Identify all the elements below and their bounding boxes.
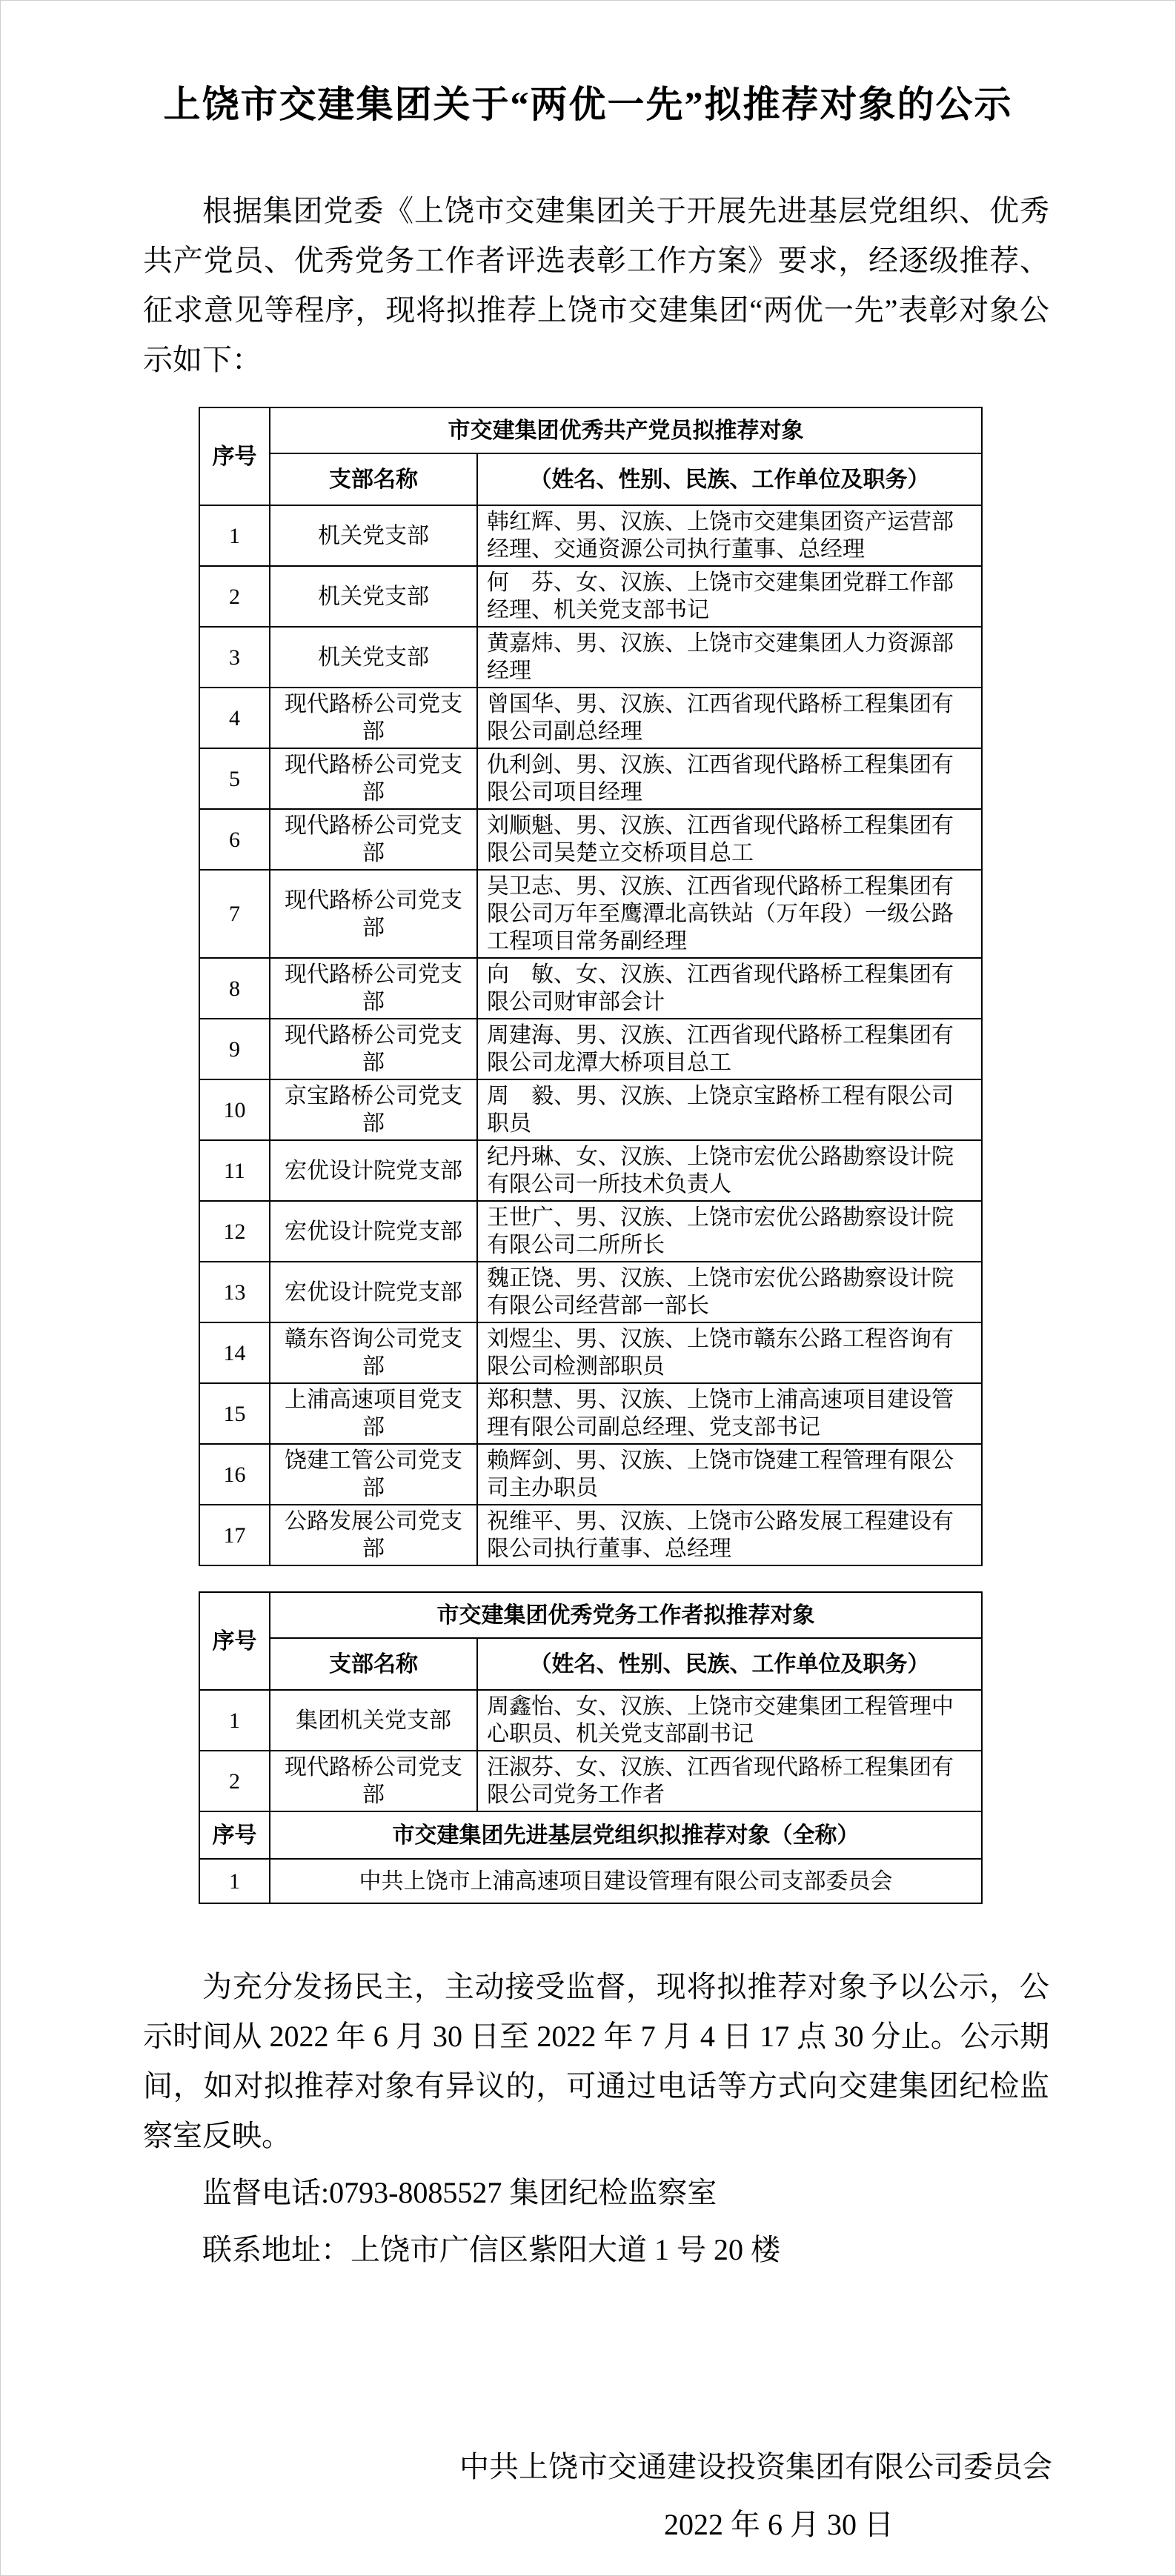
cell-person: 郑积慧、男、汉族、上饶市上浦高速项目建设管理有限公司副总经理、党支部书记 xyxy=(477,1383,982,1444)
cell-seq: 7 xyxy=(199,870,270,958)
table-row: 5 现代路桥公司党支部 仇利剑、男、汉族、江西省现代路桥工程集团有限公司项目经理 xyxy=(199,748,982,809)
cell-branch: 机关党支部 xyxy=(270,505,477,566)
table-header-row: 序号 市交建集团优秀党务工作者拟推荐对象 xyxy=(199,1592,982,1638)
cell-seq: 6 xyxy=(199,809,270,870)
cell-person: 刘顺魁、男、汉族、江西省现代路桥工程集团有限公司吴楚立交桥项目总工 xyxy=(477,809,982,870)
table-row: 16 饶建工管公司党支部 赖辉剑、男、汉族、上饶市饶建工程管理有限公司主办职员 xyxy=(199,1444,982,1505)
cell-person: 王世广、男、汉族、上饶市宏优公路勘察设计院有限公司二所所长 xyxy=(477,1201,982,1262)
cell-person: 赖辉剑、男、汉族、上饶市饶建工程管理有限公司主办职员 xyxy=(477,1444,982,1505)
table-subheader-row: 支部名称 （姓名、性别、民族、工作单位及职务） xyxy=(199,1638,982,1690)
cell-person: 仇利剑、男、汉族、江西省现代路桥工程集团有限公司项目经理 xyxy=(477,748,982,809)
cell-person: 汪淑芬、女、汉族、江西省现代路桥工程集团有限公司党务工作者 xyxy=(477,1751,982,1811)
date-line: 2022 年 6 月 30 日 xyxy=(1,2503,894,2547)
table-row: 3 机关党支部 黄嘉炜、男、汉族、上饶市交建集团人力资源部经理 xyxy=(199,627,982,688)
cell-person: 何 芬、女、汉族、上饶市交建集团党群工作部经理、机关党支部书记 xyxy=(477,566,982,627)
cell-branch: 现代路桥公司党支部 xyxy=(270,958,477,1019)
branch-header: 支部名称 xyxy=(270,1638,477,1690)
cell-person: 刘煜尘、男、汉族、上饶市赣东公路工程咨询有限公司检测部职员 xyxy=(477,1322,982,1383)
closing-paragraph: 为充分发扬民主，主动接受监督，现将拟推荐对象予以公示，公示时间从 2022 年 … xyxy=(143,1962,1049,2160)
cell-person: 吴卫志、男、汉族、江西省现代路桥工程集团有限公司万年至鹰潭北高铁站（万年段）一级… xyxy=(477,870,982,958)
cell-branch: 现代路桥公司党支部 xyxy=(270,748,477,809)
cell-seq: 13 xyxy=(199,1262,270,1322)
cell-seq: 14 xyxy=(199,1322,270,1383)
cell-branch: 宏优设计院党支部 xyxy=(270,1201,477,1262)
cell-branch: 现代路桥公司党支部 xyxy=(270,688,477,748)
table-row: 15 上浦高速项目党支部 郑积慧、男、汉族、上饶市上浦高速项目建设管理有限公司副… xyxy=(199,1383,982,1444)
cell-person: 韩红辉、男、汉族、上饶市交建集团资产运营部经理、交通资源公司执行董事、总经理 xyxy=(477,505,982,566)
intro-paragraph: 根据集团党委《上饶市交建集团关于开展先进基层党组织、优秀共产党员、优秀党务工作者… xyxy=(143,186,1049,385)
page-title: 上饶市交建集团关于“两优一先”拟推荐对象的公示 xyxy=(1,1,1175,128)
cell-branch: 现代路桥公司党支部 xyxy=(270,870,477,958)
table-row: 2 现代路桥公司党支部 汪淑芬、女、汉族、江西省现代路桥工程集团有限公司党务工作… xyxy=(199,1751,982,1811)
person-header: （姓名、性别、民族、工作单位及职务） xyxy=(477,453,982,505)
cell-person: 周鑫怡、女、汉族、上饶市交建集团工程管理中心职员、机关党支部副书记 xyxy=(477,1690,982,1751)
cell-person: 曾国华、男、汉族、江西省现代路桥工程集团有限公司副总经理 xyxy=(477,688,982,748)
cell-seq: 1 xyxy=(199,505,270,566)
document-page: 上饶市交建集团关于“两优一先”拟推荐对象的公示 根据集团党委《上饶市交建集团关于… xyxy=(0,0,1176,2576)
cell-branch: 集团机关党支部 xyxy=(270,1690,477,1751)
cell-seq: 15 xyxy=(199,1383,270,1444)
table-row: 12 宏优设计院党支部 王世广、男、汉族、上饶市宏优公路勘察设计院有限公司二所所… xyxy=(199,1201,982,1262)
cell-seq: 1 xyxy=(199,1690,270,1751)
cell-person: 黄嘉炜、男、汉族、上饶市交建集团人力资源部经理 xyxy=(477,627,982,688)
org-row: 1 中共上饶市上浦高速项目建设管理有限公司支部委员会 xyxy=(199,1859,982,1903)
table-row: 10 京宝路桥公司党支部 周 毅、男、汉族、上饶京宝路桥工程有限公司职员 xyxy=(199,1079,982,1140)
cell-seq: 1 xyxy=(199,1859,270,1903)
cell-seq: 16 xyxy=(199,1444,270,1505)
cell-branch: 京宝路桥公司党支部 xyxy=(270,1079,477,1140)
cell-branch: 机关党支部 xyxy=(270,566,477,627)
workers-table-body: 1 集团机关党支部 周鑫怡、女、汉族、上饶市交建集团工程管理中心职员、机关党支部… xyxy=(199,1690,982,1811)
table-header-row: 序号 市交建集团优秀共产党员拟推荐对象 xyxy=(199,407,982,453)
cell-org-name: 中共上饶市上浦高速项目建设管理有限公司支部委员会 xyxy=(270,1859,982,1903)
table-subheader-row: 支部名称 （姓名、性别、民族、工作单位及职务） xyxy=(199,453,982,505)
cell-branch: 饶建工管公司党支部 xyxy=(270,1444,477,1505)
org-section-body: 序号 市交建集团先进基层党组织拟推荐对象（全称） 1 中共上饶市上浦高速项目建设… xyxy=(199,1811,982,1903)
cell-seq: 11 xyxy=(199,1140,270,1201)
table-row: 2 机关党支部 何 芬、女、汉族、上饶市交建集团党群工作部经理、机关党支部书记 xyxy=(199,566,982,627)
cell-person: 周建海、男、汉族、江西省现代路桥工程集团有限公司龙潭大桥项目总工 xyxy=(477,1019,982,1079)
phone-line: 监督电话:0793-8085527 集团纪检监察室 xyxy=(143,2168,1049,2217)
cell-branch: 现代路桥公司党支部 xyxy=(270,1019,477,1079)
seq-header: 序号 xyxy=(199,1592,270,1690)
cell-seq: 17 xyxy=(199,1505,270,1565)
person-header: （姓名、性别、民族、工作单位及职务） xyxy=(477,1638,982,1690)
workers-table-title: 市交建集团优秀党务工作者拟推荐对象 xyxy=(270,1592,982,1638)
branch-header: 支部名称 xyxy=(270,453,477,505)
cell-branch: 机关党支部 xyxy=(270,627,477,688)
table-row: 1 集团机关党支部 周鑫怡、女、汉族、上饶市交建集团工程管理中心职员、机关党支部… xyxy=(199,1690,982,1751)
org-section-header-row: 序号 市交建集团先进基层党组织拟推荐对象（全称） xyxy=(199,1811,982,1859)
table-row: 4 现代路桥公司党支部 曾国华、男、汉族、江西省现代路桥工程集团有限公司副总经理 xyxy=(199,688,982,748)
cell-seq: 2 xyxy=(199,566,270,627)
cell-branch: 上浦高速项目党支部 xyxy=(270,1383,477,1444)
members-table: 序号 市交建集团优秀共产党员拟推荐对象 支部名称 （姓名、性别、民族、工作单位及… xyxy=(199,407,983,1566)
cell-person: 魏正饶、男、汉族、上饶市宏优公路勘察设计院有限公司经营部一部长 xyxy=(477,1262,982,1322)
cell-branch: 宏优设计院党支部 xyxy=(270,1140,477,1201)
address-line: 联系地址：上饶市广信区紫阳大道 1 号 20 楼 xyxy=(143,2225,1049,2274)
cell-seq: 12 xyxy=(199,1201,270,1262)
cell-branch: 赣东咨询公司党支部 xyxy=(270,1322,477,1383)
cell-seq: 8 xyxy=(199,958,270,1019)
cell-seq: 2 xyxy=(199,1751,270,1811)
cell-person: 纪丹琳、女、汉族、上饶市宏优公路勘察设计院有限公司一所技术负责人 xyxy=(477,1140,982,1201)
table-row: 1 机关党支部 韩红辉、男、汉族、上饶市交建集团资产运营部经理、交通资源公司执行… xyxy=(199,505,982,566)
workers-table: 序号 市交建集团优秀党务工作者拟推荐对象 支部名称 （姓名、性别、民族、工作单位… xyxy=(199,1591,983,1904)
table-row: 8 现代路桥公司党支部 向 敏、女、汉族、江西省现代路桥工程集团有限公司财审部会… xyxy=(199,958,982,1019)
signature: 中共上饶市交通建设投资集团有限公司委员会 xyxy=(1,2445,1052,2489)
cell-person: 祝维平、男、汉族、上饶市公路发展工程建设有限公司执行董事、总经理 xyxy=(477,1505,982,1565)
cell-branch: 现代路桥公司党支部 xyxy=(270,1751,477,1811)
cell-seq: 4 xyxy=(199,688,270,748)
table-row: 11 宏优设计院党支部 纪丹琳、女、汉族、上饶市宏优公路勘察设计院有限公司一所技… xyxy=(199,1140,982,1201)
seq-header: 序号 xyxy=(199,407,270,505)
org-section-title: 市交建集团先进基层党组织拟推荐对象（全称） xyxy=(270,1811,982,1859)
cell-branch: 现代路桥公司党支部 xyxy=(270,809,477,870)
members-table-body: 1 机关党支部 韩红辉、男、汉族、上饶市交建集团资产运营部经理、交通资源公司执行… xyxy=(199,505,982,1565)
cell-person: 向 敏、女、汉族、江西省现代路桥工程集团有限公司财审部会计 xyxy=(477,958,982,1019)
cell-seq: 5 xyxy=(199,748,270,809)
cell-person: 周 毅、男、汉族、上饶京宝路桥工程有限公司职员 xyxy=(477,1079,982,1140)
cell-branch: 公路发展公司党支部 xyxy=(270,1505,477,1565)
cell-branch: 宏优设计院党支部 xyxy=(270,1262,477,1322)
workers-table-head: 序号 市交建集团优秀党务工作者拟推荐对象 支部名称 （姓名、性别、民族、工作单位… xyxy=(199,1592,982,1690)
seq-header: 序号 xyxy=(199,1811,270,1859)
cell-seq: 10 xyxy=(199,1079,270,1140)
members-table-head: 序号 市交建集团优秀共产党员拟推荐对象 支部名称 （姓名、性别、民族、工作单位及… xyxy=(199,407,982,505)
members-table-title: 市交建集团优秀共产党员拟推荐对象 xyxy=(270,407,982,453)
table-row: 6 现代路桥公司党支部 刘顺魁、男、汉族、江西省现代路桥工程集团有限公司吴楚立交… xyxy=(199,809,982,870)
cell-seq: 3 xyxy=(199,627,270,688)
table-row: 7 现代路桥公司党支部 吴卫志、男、汉族、江西省现代路桥工程集团有限公司万年至鹰… xyxy=(199,870,982,958)
table-row: 14 赣东咨询公司党支部 刘煜尘、男、汉族、上饶市赣东公路工程咨询有限公司检测部… xyxy=(199,1322,982,1383)
table-row: 13 宏优设计院党支部 魏正饶、男、汉族、上饶市宏优公路勘察设计院有限公司经营部… xyxy=(199,1262,982,1322)
table-row: 9 现代路桥公司党支部 周建海、男、汉族、江西省现代路桥工程集团有限公司龙潭大桥… xyxy=(199,1019,982,1079)
cell-seq: 9 xyxy=(199,1019,270,1079)
table-row: 17 公路发展公司党支部 祝维平、男、汉族、上饶市公路发展工程建设有限公司执行董… xyxy=(199,1505,982,1565)
